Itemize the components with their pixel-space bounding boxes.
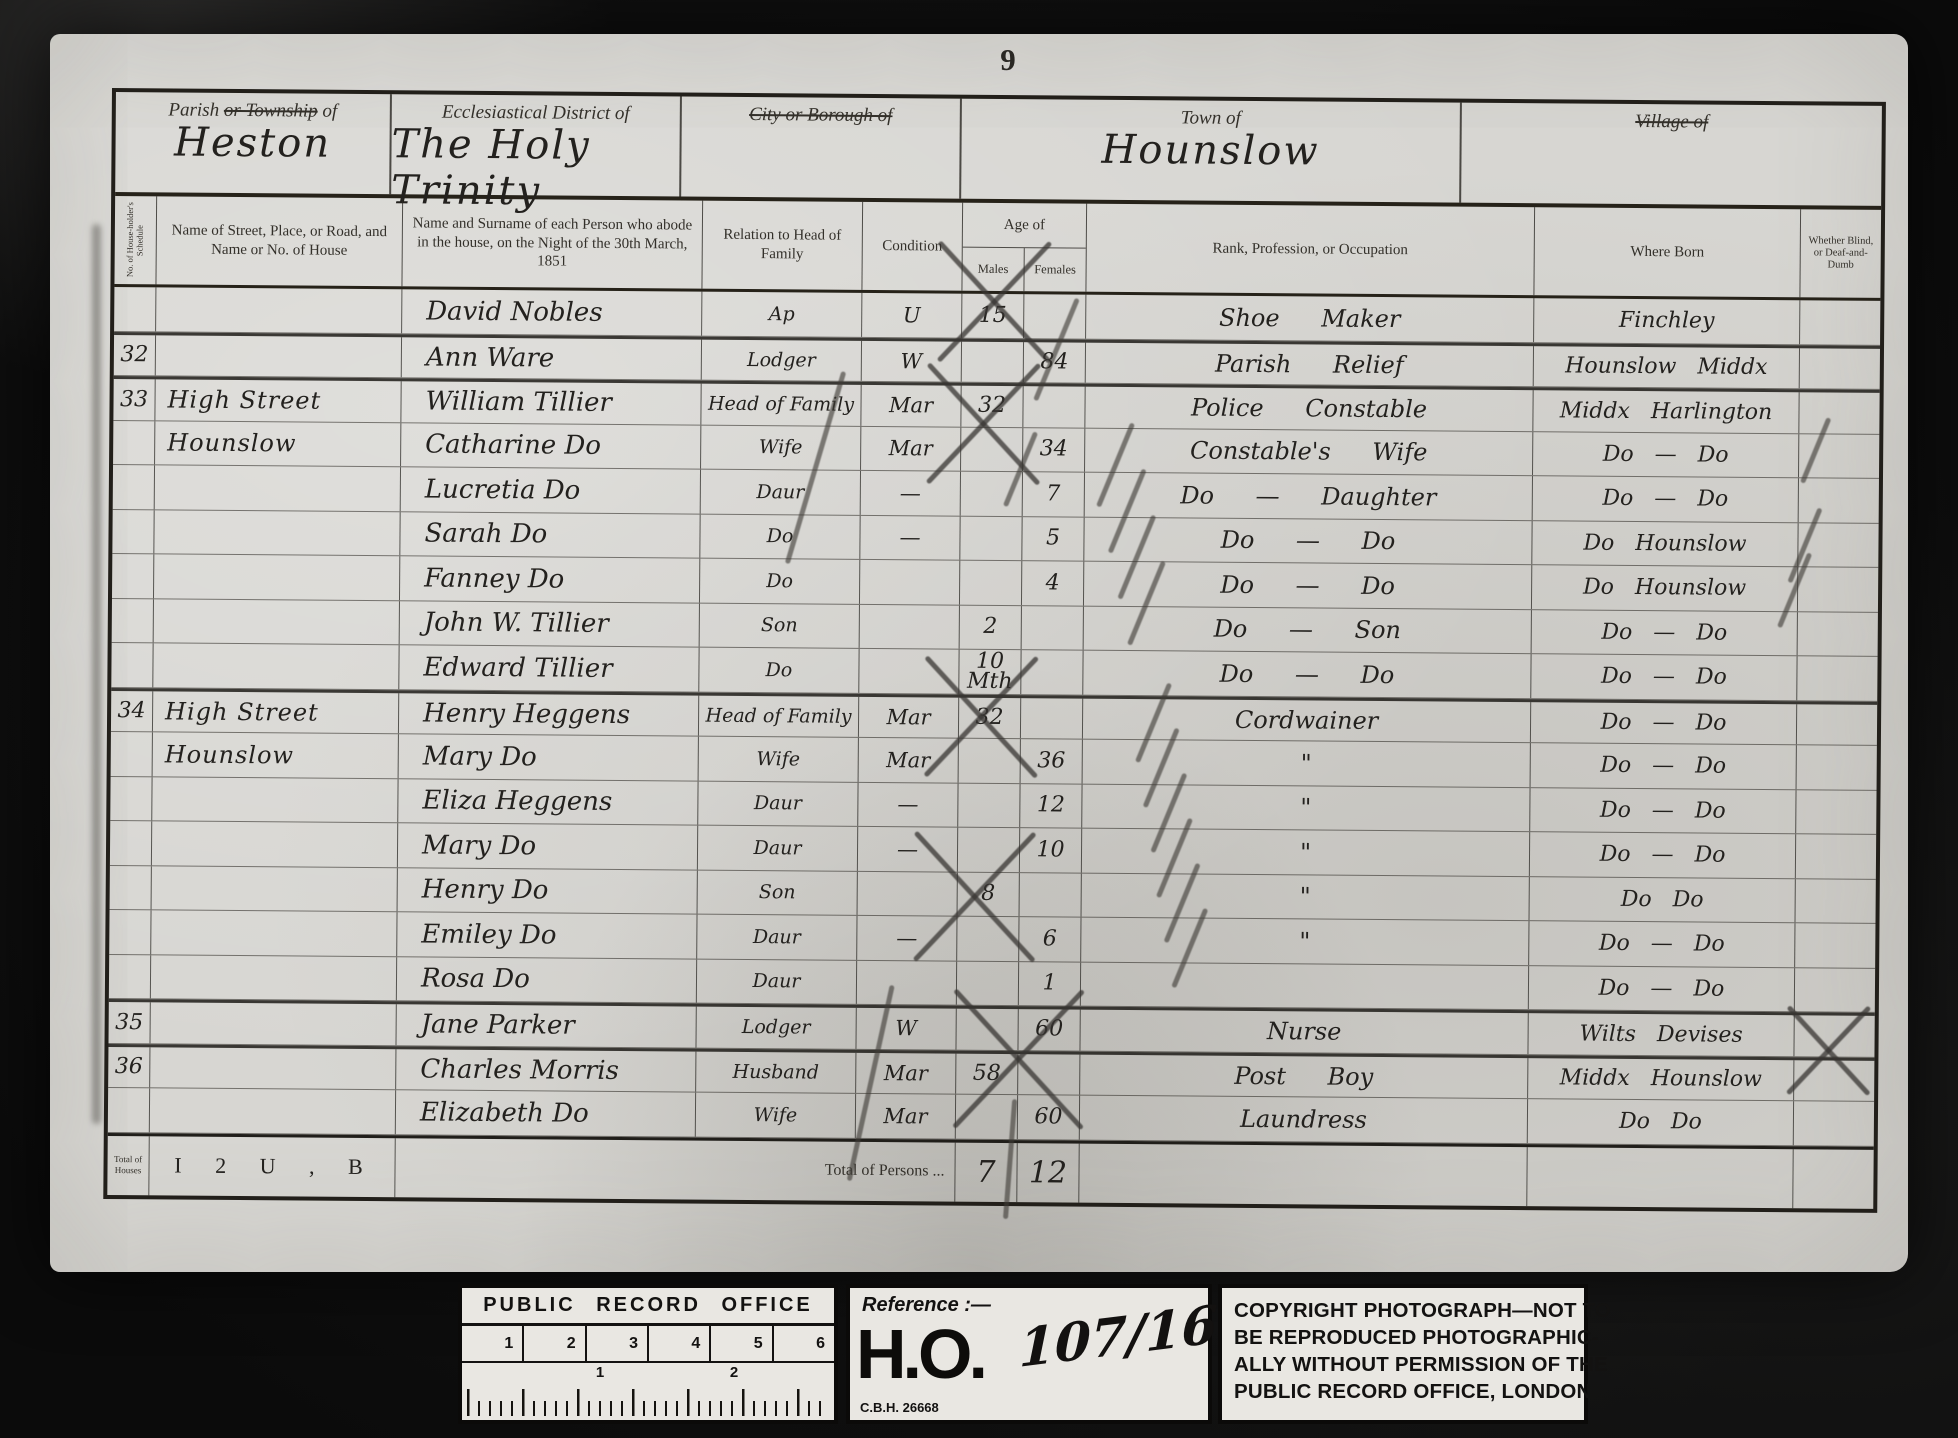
cell-relation: Wife bbox=[696, 1093, 856, 1138]
cell-street bbox=[155, 465, 401, 510]
cell-condition: Mar bbox=[856, 1094, 956, 1138]
cell-blind-deaf bbox=[1798, 523, 1878, 567]
reference-stamp: Reference :— H.O. 107/1698 C.B.H. 26668 bbox=[846, 1284, 1212, 1424]
scale-cell: 5 bbox=[711, 1326, 773, 1361]
cell-condition: Mar bbox=[859, 738, 959, 782]
cell-schedule-number bbox=[110, 821, 152, 865]
cell-person-name: Henry Heggens bbox=[399, 693, 699, 736]
cell-relation: Wife bbox=[699, 737, 859, 782]
struck-text: or Township bbox=[224, 100, 318, 122]
binding-shadow bbox=[92, 224, 101, 1124]
cell-age-males: 8 bbox=[958, 872, 1020, 916]
cell-where-born: Hounslow Middx bbox=[1534, 346, 1800, 389]
reference-series-stamp: H.O. bbox=[856, 1314, 984, 1394]
cell-age-females: 5 bbox=[1022, 517, 1084, 561]
village-label: Village of bbox=[1635, 111, 1708, 134]
col-occupation: Rank, Profession, or Occupation bbox=[1086, 204, 1535, 296]
col-age: Age of Males Females bbox=[962, 203, 1087, 292]
cell-schedule-number bbox=[111, 732, 153, 776]
ruler-number: 2 bbox=[730, 1364, 738, 1381]
cell-occupation: " bbox=[1083, 740, 1531, 787]
village-cell: Village of bbox=[1461, 103, 1882, 206]
cell-blind-deaf bbox=[1795, 923, 1875, 967]
cell-schedule-number bbox=[113, 421, 155, 465]
cell-person-name: Sarah Do bbox=[400, 512, 700, 558]
cell-condition bbox=[860, 604, 960, 648]
cell-age-females: 60 bbox=[1018, 1095, 1080, 1139]
cell-age-males bbox=[958, 783, 1020, 827]
cell-blind-deaf bbox=[1796, 834, 1876, 878]
cell-blind-deaf bbox=[1799, 392, 1879, 433]
cell-person-name: Mary Do bbox=[399, 734, 699, 780]
cell-age-males bbox=[960, 516, 1022, 560]
totals-row: Total of Houses I 2 U , B Total of Perso… bbox=[107, 1132, 1873, 1208]
cell-age-males bbox=[957, 917, 1019, 961]
cell-occupation bbox=[1081, 962, 1529, 1009]
total-blind-blank bbox=[1793, 1149, 1873, 1209]
cell-street bbox=[154, 510, 400, 555]
cell-schedule-number: 34 bbox=[111, 691, 153, 732]
cell-person-name: John W. Tillier bbox=[400, 601, 700, 647]
cell-condition: — bbox=[861, 471, 961, 515]
cell-occupation: Police Constable bbox=[1085, 387, 1533, 431]
total-houses-label: Total of Houses bbox=[107, 1135, 149, 1194]
col-age-split: Males Females bbox=[962, 248, 1085, 292]
cell-blind-deaf bbox=[1794, 1101, 1874, 1145]
copyright-line: COPYRIGHT PHOTOGRAPH—NOT TO bbox=[1234, 1297, 1572, 1324]
cell-where-born: Do — Do bbox=[1531, 743, 1797, 789]
cell-age-males: 15 bbox=[962, 294, 1024, 338]
copyright-line: PUBLIC RECORD OFFICE, LONDON bbox=[1234, 1378, 1572, 1405]
cell-person-name: Henry Do bbox=[398, 868, 698, 914]
copyright-line: ALLY WITHOUT PERMISSION OF THE bbox=[1234, 1351, 1572, 1378]
cell-where-born: Do — Do bbox=[1530, 788, 1796, 834]
cell-occupation: " bbox=[1082, 829, 1530, 876]
cell-condition: — bbox=[858, 827, 958, 871]
cell-age-females bbox=[1020, 873, 1082, 917]
census-page: 9 Parish or Township of Heston Ecclesias… bbox=[50, 34, 1908, 1272]
page-number: 9 bbox=[948, 42, 1068, 78]
cell-where-born: Do — Do bbox=[1533, 476, 1799, 522]
cell-relation: Lodger bbox=[702, 339, 862, 381]
cell-age-males: 2 bbox=[960, 605, 1022, 649]
cell-age-females: 4 bbox=[1022, 561, 1084, 605]
cell-age-males: 32 bbox=[959, 697, 1021, 738]
district-cell: Ecclesiastical District of The Holy Trin… bbox=[391, 94, 682, 196]
reference-code: C.B.H. 26668 bbox=[860, 1400, 939, 1415]
cell-occupation: Cordwainer bbox=[1083, 698, 1531, 742]
cell-schedule-number bbox=[113, 465, 155, 509]
cell-blind-deaf bbox=[1797, 745, 1877, 789]
cell-age-females bbox=[1024, 294, 1086, 338]
cell-occupation: " bbox=[1082, 784, 1530, 831]
cell-age-females: 34 bbox=[1023, 428, 1085, 472]
cell-blind-deaf bbox=[1799, 478, 1879, 522]
column-header-row: No. of House-holder's Schedule Name of S… bbox=[114, 196, 1881, 301]
cell-person-name: Lucretia Do bbox=[401, 467, 701, 513]
cell-schedule-number bbox=[114, 287, 156, 331]
cell-where-born: Do — Do bbox=[1530, 832, 1796, 878]
cell-age-males bbox=[961, 427, 1023, 471]
col-condition: Condition bbox=[862, 202, 963, 291]
cell-relation: Son bbox=[700, 603, 860, 648]
cell-occupation: Constable's Wife bbox=[1085, 428, 1533, 475]
cell-age-females bbox=[1023, 386, 1085, 427]
cell-occupation: Do — Daughter bbox=[1085, 473, 1533, 520]
cell-relation: Do bbox=[700, 514, 860, 559]
scale-cell: 4 bbox=[649, 1326, 711, 1361]
cell-street bbox=[152, 777, 398, 822]
cell-age-females: 60 bbox=[1018, 1009, 1080, 1050]
cell-occupation: Do — Son bbox=[1084, 606, 1532, 653]
cell-person-name: Elizabeth Do bbox=[396, 1090, 696, 1136]
cell-age-females bbox=[1018, 1054, 1080, 1095]
cell-occupation: Do — Do bbox=[1084, 562, 1532, 609]
cell-age-males: 58 bbox=[956, 1053, 1018, 1094]
cell-where-born: Do — Do bbox=[1529, 921, 1795, 967]
cell-where-born: Do Do bbox=[1530, 877, 1796, 923]
scale-cell: 6 bbox=[774, 1326, 834, 1361]
cell-age-females: 6 bbox=[1019, 917, 1081, 961]
cell-where-born: Do Hounslow bbox=[1532, 565, 1798, 611]
cell-condition: W bbox=[862, 340, 962, 381]
pro-title: PUBLIC RECORD OFFICE bbox=[462, 1288, 834, 1323]
ruler-ticks-minor bbox=[467, 1401, 829, 1416]
town-cell: Town of Hounslow bbox=[961, 99, 1462, 203]
cell-person-name: Fanney Do bbox=[400, 556, 700, 602]
town-value: Hounslow bbox=[1101, 127, 1319, 175]
cell-person-name: Mary Do bbox=[398, 823, 698, 869]
col-name: Name and Surname of each Person who abod… bbox=[402, 198, 703, 288]
cell-condition bbox=[858, 871, 958, 915]
col-blind-deaf: Whether Blind, or Deaf-and-Dumb bbox=[1800, 209, 1881, 298]
cell-person-name: Emiley Do bbox=[397, 912, 697, 958]
cell-relation: Wife bbox=[701, 425, 861, 470]
cell-relation: Lodger bbox=[696, 1007, 856, 1049]
location-header-row: Parish or Township of Heston Ecclesiasti… bbox=[115, 92, 1882, 210]
cell-age-males bbox=[956, 1009, 1018, 1050]
cell-street bbox=[154, 554, 400, 599]
cell-street bbox=[152, 866, 398, 911]
col-where-born: Where Born bbox=[1534, 207, 1801, 297]
cell-age-females: 1 bbox=[1019, 962, 1081, 1006]
cell-schedule-number: 36 bbox=[108, 1047, 150, 1088]
cell-street bbox=[156, 287, 402, 332]
total-persons-label: Total of Persons ... bbox=[395, 1138, 955, 1201]
cell-schedule-number bbox=[112, 554, 154, 598]
cell-blind-deaf bbox=[1798, 612, 1878, 656]
cell-schedule-number bbox=[110, 777, 152, 821]
cell-blind-deaf bbox=[1797, 656, 1877, 700]
cell-street bbox=[151, 955, 397, 1000]
cell-street: Hounslow bbox=[155, 421, 401, 466]
cell-blind-deaf bbox=[1795, 879, 1875, 923]
cell-age-females: 36 bbox=[1021, 739, 1083, 783]
cell-occupation: Do — Do bbox=[1083, 651, 1531, 698]
cell-occupation: Do — Do bbox=[1084, 517, 1532, 564]
ruler-number: 1 bbox=[596, 1364, 604, 1381]
cell-street: High Street bbox=[153, 691, 399, 733]
cell-person-name: Ann Ware bbox=[402, 337, 702, 380]
cell-where-born: Do — Do bbox=[1531, 702, 1797, 745]
cell-relation: Daur bbox=[698, 781, 858, 826]
cell-schedule-number bbox=[109, 910, 151, 954]
col-street: Name of Street, Place, or Road, and Name… bbox=[156, 196, 403, 286]
cell-street bbox=[152, 821, 398, 866]
total-occupation-blank bbox=[1079, 1143, 1527, 1206]
cell-person-name: Jane Parker bbox=[396, 1004, 696, 1047]
cell-condition: — bbox=[858, 782, 958, 826]
cell-where-born: Middx Harlington bbox=[1533, 390, 1799, 433]
scale-cell: 2 bbox=[524, 1326, 586, 1361]
col-age-males: Males bbox=[962, 248, 1024, 291]
col-age-females: Females bbox=[1024, 248, 1085, 291]
cell-blind-deaf bbox=[1799, 434, 1879, 478]
cell-street bbox=[154, 599, 400, 644]
cell-condition bbox=[857, 960, 957, 1004]
cell-condition: Mar bbox=[861, 426, 961, 470]
cell-occupation: " bbox=[1082, 873, 1530, 920]
cell-relation: Do bbox=[699, 648, 859, 693]
cell-age-males bbox=[959, 739, 1021, 783]
cell-age-males bbox=[960, 561, 1022, 605]
borough-label: City or Borough of bbox=[749, 104, 893, 127]
cell-age-females: 12 bbox=[1020, 784, 1082, 828]
cell-street bbox=[151, 1002, 397, 1044]
cell-condition bbox=[860, 560, 960, 604]
cell-schedule-number bbox=[112, 510, 154, 554]
cell-person-name: Edward Tillier bbox=[399, 645, 699, 691]
cell-condition: U bbox=[862, 293, 962, 337]
cell-occupation: Laundress bbox=[1080, 1096, 1528, 1143]
cell-where-born: Do — Do bbox=[1533, 432, 1799, 478]
total-born-blank bbox=[1527, 1147, 1793, 1208]
cell-where-born: Wilts Devises bbox=[1528, 1013, 1794, 1056]
cell-schedule-number bbox=[110, 866, 152, 910]
cell-condition: — bbox=[857, 916, 957, 960]
cell-person-name: Rosa Do bbox=[397, 957, 697, 1003]
copyright-notice: COPYRIGHT PHOTOGRAPH—NOT TO BE REPRODUCE… bbox=[1218, 1284, 1588, 1424]
cell-relation: Daur bbox=[697, 915, 857, 960]
parish-cell: Parish or Township of Heston bbox=[115, 92, 392, 194]
cell-person-name: Eliza Heggens bbox=[398, 779, 698, 825]
cell-condition: Mar bbox=[859, 696, 959, 737]
col-relation: Relation to Head of Family bbox=[702, 201, 863, 290]
cell-relation: Daur bbox=[697, 959, 857, 1004]
cell-condition bbox=[859, 649, 959, 693]
cell-condition: Mar bbox=[861, 385, 961, 426]
cell-street bbox=[151, 910, 397, 955]
parish-value: Heston bbox=[174, 119, 331, 166]
cell-street bbox=[150, 1088, 396, 1133]
cell-person-name: Charles Morris bbox=[396, 1049, 696, 1092]
col-schedule: No. of House-holder's Schedule bbox=[114, 196, 157, 284]
pro-ruler-stamp: PUBLIC RECORD OFFICE 1 2 3 4 5 6 1 2 bbox=[458, 1284, 838, 1424]
cell-blind-deaf bbox=[1796, 790, 1876, 834]
cell-street bbox=[153, 643, 399, 688]
cell-schedule-number: 33 bbox=[113, 379, 155, 420]
cell-schedule-number bbox=[111, 643, 153, 687]
borough-cell: City or Borough of bbox=[681, 96, 962, 198]
cell-age-females bbox=[1022, 606, 1084, 650]
cell-street bbox=[150, 1047, 396, 1089]
cell-street: High Street bbox=[155, 379, 401, 421]
scale-cell: 1 bbox=[462, 1326, 524, 1361]
cell-relation: Ap bbox=[702, 292, 862, 337]
cell-relation: Daur bbox=[701, 470, 861, 515]
cell-where-born: Do — Do bbox=[1529, 966, 1795, 1012]
cell-condition: W bbox=[856, 1008, 956, 1049]
cell-relation: Do bbox=[700, 559, 860, 604]
cell-occupation: " bbox=[1081, 918, 1529, 965]
cell-age-males bbox=[961, 472, 1023, 516]
pro-scale: 1 2 3 4 5 6 bbox=[462, 1323, 834, 1363]
total-females: 12 bbox=[1017, 1143, 1079, 1202]
census-form: Parish or Township of Heston Ecclesiasti… bbox=[103, 88, 1886, 1212]
cell-blind-deaf bbox=[1800, 348, 1880, 389]
cell-person-name: William Tillier bbox=[401, 381, 701, 424]
cell-age-males bbox=[957, 961, 1019, 1005]
cell-person-name: Catharine Do bbox=[401, 423, 701, 469]
cell-schedule-number: 35 bbox=[109, 1002, 151, 1043]
cell-age-males: 32 bbox=[961, 386, 1023, 427]
cell-blind-deaf bbox=[1794, 1015, 1874, 1056]
cell-relation: Head of Family bbox=[699, 695, 859, 737]
cell-age-females: 7 bbox=[1023, 472, 1085, 516]
cell-occupation: Parish Relief bbox=[1086, 342, 1534, 386]
cell-age-males: 10 Mth bbox=[959, 650, 1021, 694]
cell-schedule-number: 32 bbox=[114, 335, 156, 376]
cell-where-born: Middx Hounslow bbox=[1528, 1058, 1794, 1101]
total-males: 7 bbox=[955, 1142, 1017, 1201]
cell-age-females: 84 bbox=[1024, 342, 1086, 383]
cell-where-born: Do — Do bbox=[1532, 610, 1798, 656]
cell-where-born: Do Do bbox=[1528, 1099, 1794, 1145]
cell-blind-deaf bbox=[1800, 300, 1880, 344]
cell-condition: Mar bbox=[856, 1052, 956, 1093]
cell-occupation: Nurse bbox=[1080, 1010, 1528, 1054]
cell-age-females bbox=[1021, 698, 1083, 739]
cell-relation: Son bbox=[698, 870, 858, 915]
cell-relation: Head of Family bbox=[701, 384, 861, 426]
cell-street: Hounslow bbox=[153, 732, 399, 777]
cell-where-born: Finchley bbox=[1534, 298, 1800, 344]
cell-age-males bbox=[958, 828, 1020, 872]
cell-occupation: Shoe Maker bbox=[1086, 295, 1534, 342]
col-age-label: Age of bbox=[963, 203, 1086, 249]
cell-street bbox=[156, 335, 402, 377]
pro-ruler: 1 2 bbox=[462, 1363, 834, 1420]
cell-relation: Daur bbox=[698, 826, 858, 871]
cell-age-females bbox=[1021, 650, 1083, 694]
cell-age-males bbox=[956, 1095, 1018, 1139]
table-body: David Nobles Ap U 15 Shoe Maker Finchley… bbox=[108, 287, 1881, 1146]
cell-blind-deaf bbox=[1795, 968, 1875, 1012]
scale-cell: 3 bbox=[587, 1326, 649, 1361]
cell-age-males bbox=[962, 341, 1024, 382]
cell-blind-deaf bbox=[1797, 704, 1877, 745]
cell-blind-deaf bbox=[1794, 1060, 1874, 1101]
copyright-line: BE REPRODUCED PHOTOGRAPHIC- bbox=[1234, 1324, 1572, 1351]
cell-age-females: 10 bbox=[1020, 828, 1082, 872]
cell-person-name: David Nobles bbox=[402, 289, 702, 335]
photograph-mat: 9 Parish or Township of Heston Ecclesias… bbox=[0, 0, 1958, 1438]
cell-where-born: Do — Do bbox=[1531, 654, 1797, 700]
cell-schedule-number bbox=[108, 1088, 150, 1132]
cell-occupation: Post Boy bbox=[1080, 1054, 1528, 1098]
cell-schedule-number bbox=[109, 955, 151, 999]
cell-blind-deaf bbox=[1798, 567, 1878, 611]
cell-relation: Husband bbox=[696, 1051, 856, 1093]
total-houses-value: I 2 U , B bbox=[149, 1136, 395, 1197]
cell-schedule-number bbox=[112, 599, 154, 643]
cell-where-born: Do Hounslow bbox=[1532, 521, 1798, 567]
cell-condition: — bbox=[860, 515, 960, 559]
